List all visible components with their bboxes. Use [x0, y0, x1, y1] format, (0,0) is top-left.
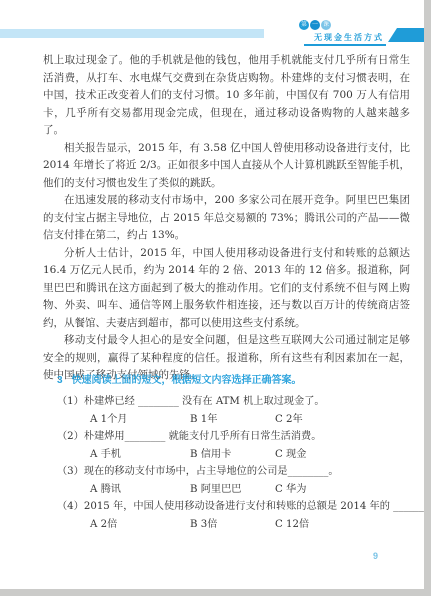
option-b: B 3倍	[190, 516, 275, 534]
option-a: A 2倍	[90, 516, 190, 534]
question-item: （4）2015 年，中国人使用移动设备进行支付和转账的总额是 2014 年的 _…	[43, 498, 413, 533]
question-text: （2）朴建烨用________ 就能支付几乎所有日常生活消费。	[43, 428, 413, 446]
option-c: C 2年	[275, 411, 413, 429]
header-corner-shape	[388, 28, 424, 42]
question-body: 2015 年，中国人使用移动设备进行支付和转账的总额是 2014 年的 ____…	[84, 501, 424, 512]
option-c: C 12倍	[275, 516, 413, 534]
scan-edge-right	[424, 0, 431, 596]
option-a: A 腾讯	[90, 481, 190, 499]
page-number: 9	[373, 551, 378, 561]
question-body: 现在的移动支付市场中，占主导地位的公司是________。	[84, 466, 339, 477]
option-row: A 1个月 B 1年 C 2年	[43, 411, 413, 429]
option-a: A 1个月	[90, 411, 190, 429]
option-b: B 阿里巴巴	[190, 481, 275, 499]
exercise-heading: 3 快速阅读上面的短文，根据短文内容选择正确答案。	[43, 374, 413, 388]
option-c: C 华为	[275, 481, 413, 499]
question-item: （2）朴建烨用________ 就能支付几乎所有日常生活消费。 A 手机 B 信…	[43, 428, 413, 463]
option-row: A 2倍 B 3倍 C 12倍	[43, 516, 413, 534]
option-b: B 1年	[190, 411, 275, 429]
option-row: A 腾讯 B 阿里巴巴 C 华为	[43, 481, 413, 499]
question-label: （1）	[57, 396, 84, 407]
lesson-badge-circle-icon: 课	[321, 20, 331, 30]
lesson-title: 无现金生活方式	[314, 32, 384, 43]
question-text: （4）2015 年，中国人使用移动设备进行支付和转账的总额是 2014 年的 _…	[43, 498, 413, 516]
passage-paragraph: 机上取过现金了。他的手机就是他的钱包，他用手机就能支付几乎所有日常生活消费，从打…	[43, 52, 410, 140]
question-body: 朴建烨已经 ________ 没有在 ATM 机上取过现金了。	[84, 396, 325, 407]
header-underline	[304, 44, 386, 46]
question-item: （1）朴建烨已经 ________ 没有在 ATM 机上取过现金了。 A 1个月…	[43, 393, 413, 428]
question-list: （1）朴建烨已经 ________ 没有在 ATM 机上取过现金了。 A 1个月…	[43, 393, 413, 533]
passage-paragraph: 在迅速发展的移动支付市场中，200 多家公司在展开竞争。阿里巴巴集团的支付宝占据…	[43, 192, 410, 245]
question-label: （4）	[57, 501, 84, 512]
question-body: 朴建烨用________ 就能支付几乎所有日常生活消费。	[84, 431, 322, 442]
passage-paragraph: 分析人士估计，2015 年，中国人使用移动设备进行支付和转账的总额达 16.4 …	[43, 245, 410, 333]
question-item: （3）现在的移动支付市场中，占主导地位的公司是________。 A 腾讯 B …	[43, 463, 413, 498]
scan-edge-bottom	[0, 589, 431, 596]
book-page: 第 一 课 无现金生活方式 机上取过现金了。他的手机就是他的钱包，他用手机就能支…	[0, 0, 424, 589]
option-c: C 现金	[275, 446, 413, 464]
lesson-badge-circle-icon: 一	[310, 20, 320, 30]
scanned-page-viewport: 第 一 课 无现金生活方式 机上取过现金了。他的手机就是他的钱包，他用手机就能支…	[0, 0, 431, 596]
question-text: （3）现在的移动支付市场中，占主导地位的公司是________。	[43, 463, 413, 481]
lesson-badge-circle-icon: 第	[299, 20, 309, 30]
question-label: （2）	[57, 431, 84, 442]
reading-passage: 机上取过现金了。他的手机就是他的钱包，他用手机就能支付几乎所有日常生活消费，从打…	[43, 52, 410, 385]
option-b: B 信用卡	[190, 446, 275, 464]
passage-paragraph: 相关报告显示，2015 年，有 3.58 亿中国人曾使用移动设备进行支付，比 2…	[43, 140, 410, 193]
option-row: A 手机 B 信用卡 C 现金	[43, 446, 413, 464]
header-accent-bar	[0, 29, 264, 38]
option-a: A 手机	[90, 446, 190, 464]
question-label: （3）	[57, 466, 84, 477]
question-text: （1）朴建烨已经 ________ 没有在 ATM 机上取过现金了。	[43, 393, 413, 411]
lesson-number-badge: 第 一 课	[299, 20, 332, 30]
exercise-number: 3	[57, 374, 63, 388]
exercise-section: 3 快速阅读上面的短文，根据短文内容选择正确答案。 （1）朴建烨已经 _____…	[43, 374, 413, 533]
exercise-instruction: 快速阅读上面的短文，根据短文内容选择正确答案。	[72, 374, 302, 388]
